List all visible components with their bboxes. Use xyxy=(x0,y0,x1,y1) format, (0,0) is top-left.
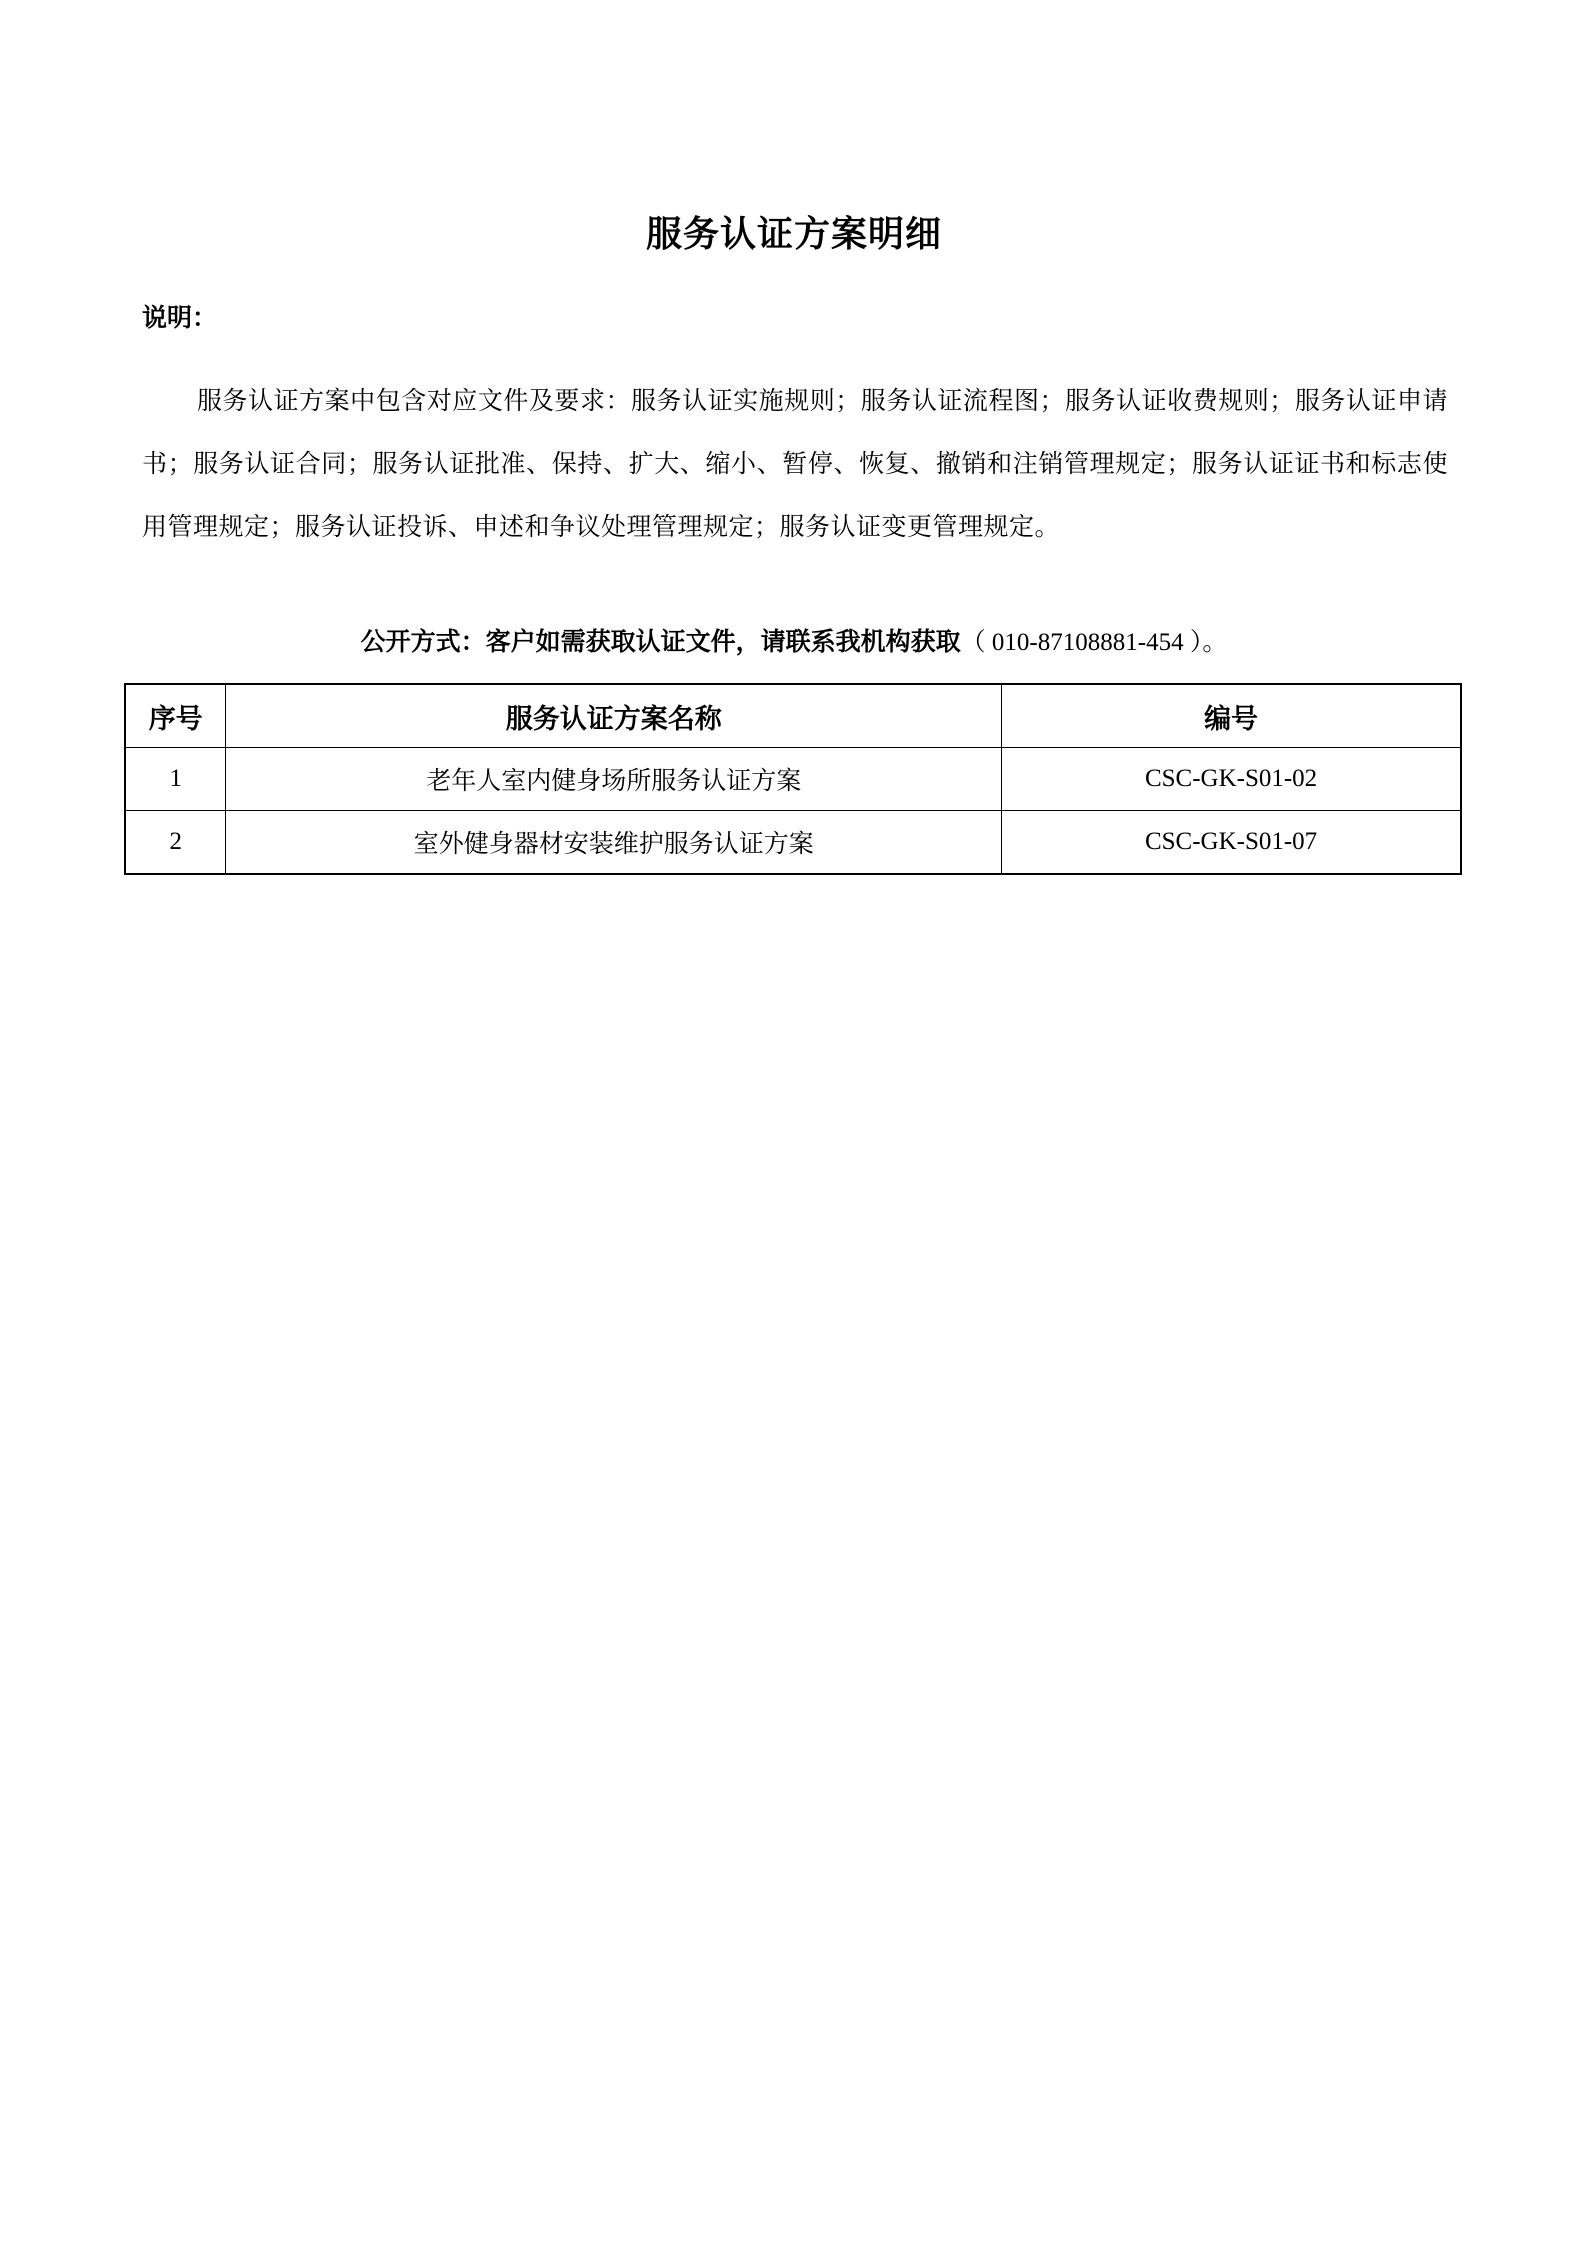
row-code: CSC-GK-S01-07 xyxy=(1002,811,1461,875)
header-code: 编号 xyxy=(1002,684,1461,748)
row-code: CSC-GK-S01-02 xyxy=(1002,748,1461,811)
scheme-table: 序号 服务认证方案名称 编号 1 老年人室内健身场所服务认证方案 CSC-GK-… xyxy=(124,683,1462,875)
page-title: 服务认证方案明细 xyxy=(0,206,1588,257)
row-name: 老年人室内健身场所服务认证方案 xyxy=(226,748,1002,811)
table-row: 1 老年人室内健身场所服务认证方案 CSC-GK-S01-02 xyxy=(125,748,1461,811)
disclosure-line: 公开方式：客户如需获取认证文件，请联系我机构获取（ 010-87108881-4… xyxy=(0,622,1588,658)
note-label: 说明： xyxy=(142,298,217,334)
header-index: 序号 xyxy=(125,684,226,748)
header-name: 服务认证方案名称 xyxy=(226,684,1002,748)
table-row: 2 室外健身器材安装维护服务认证方案 CSC-GK-S01-07 xyxy=(125,811,1461,875)
row-index: 2 xyxy=(125,811,226,875)
row-index: 1 xyxy=(125,748,226,811)
contact-phone: （ 010-87108881-454 ）。 xyxy=(961,629,1228,656)
disclosure-text: 公开方式：客户如需获取认证文件，请联系我机构获取 xyxy=(361,629,961,656)
table-header-row: 序号 服务认证方案名称 编号 xyxy=(125,684,1461,748)
row-name: 室外健身器材安装维护服务认证方案 xyxy=(226,811,1002,875)
description-paragraph: 服务认证方案中包含对应文件及要求：服务认证实施规则；服务认证流程图；服务认证收费… xyxy=(142,370,1448,559)
